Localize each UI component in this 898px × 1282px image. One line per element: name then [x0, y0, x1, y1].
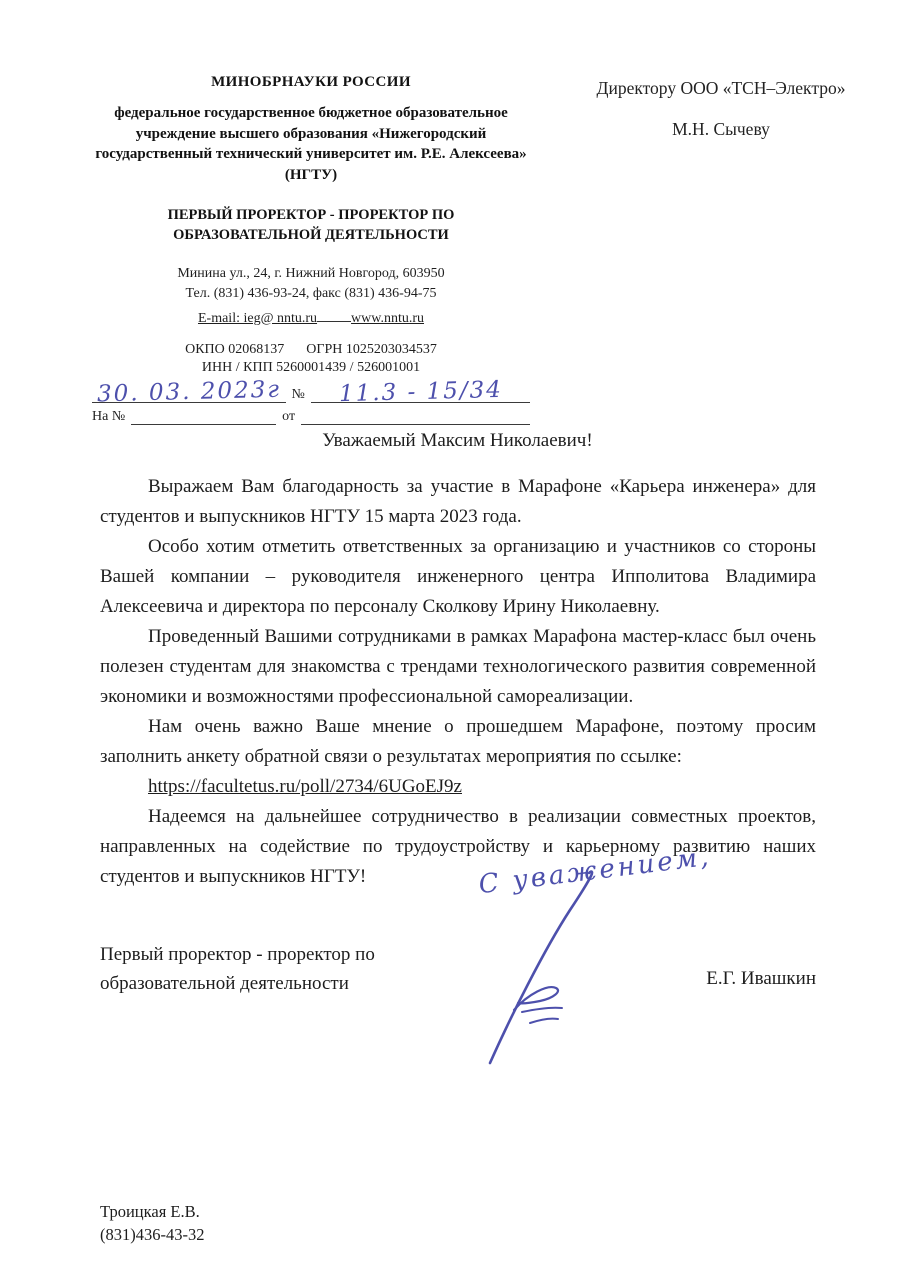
letterhead: МИНОБРНАУКИ РОССИИ федеральное государст…	[92, 74, 530, 425]
body-paragraph: Нам очень важно Ваше мнение о прошедшем …	[100, 712, 816, 772]
outgoing-number-row: 30. 03. 2023г № 11.3 - 15/34	[92, 376, 530, 403]
ref-from-label: от	[276, 409, 301, 425]
email-link[interactable]: E-mail: ieg@ nntu.ru	[198, 311, 317, 326]
letter-body: Выражаем Вам благодарность за участие в …	[100, 472, 816, 892]
department-name: ПЕРВЫЙ ПРОРЕКТОР - ПРОРЕКТОР ПО ОБРАЗОВА…	[92, 206, 530, 245]
org-abbr: (НГТУ)	[92, 167, 530, 184]
ref-number-label: На №	[92, 409, 131, 425]
recipient-name: М.Н. Сычеву	[556, 119, 886, 140]
ogrn-value: ОГРН 1025203034537	[306, 342, 437, 357]
inn-kpp-line: ИНН / КПП 5260001439 / 526001001	[92, 360, 530, 376]
org-name: федеральное государственное бюджетное об…	[92, 103, 530, 165]
ministry-name: МИНОБРНАУКИ РОССИИ	[92, 74, 530, 91]
executor-phone: (831)436-43-32	[100, 1223, 204, 1246]
signer-title-line2: образовательной деятельности	[100, 969, 440, 998]
ref-number-blank	[131, 424, 276, 425]
signer-title: Первый проректор - проректор по образова…	[100, 940, 440, 999]
body-paragraph: Выражаем Вам благодарность за участие в …	[100, 472, 816, 532]
reference-number-row: На № от	[92, 409, 530, 425]
outgoing-number-blank: 11.3 - 15/34	[311, 376, 530, 403]
recipient-block: Директору ООО «ТСН–Электро» М.Н. Сычеву	[556, 78, 886, 140]
outgoing-date-handwritten: 30. 03. 2023г	[96, 376, 281, 407]
body-paragraph: Особо хотим отметить ответственных за ор…	[100, 532, 816, 622]
outgoing-date-blank: 30. 03. 2023г	[92, 376, 286, 403]
signer-title-line1: Первый проректор - проректор по	[100, 940, 440, 969]
signature-ink-stroke	[452, 858, 652, 1068]
outgoing-number-handwritten: 11.3 - 15/34	[338, 376, 503, 406]
phone-line: Тел. (831) 436-93-24, факс (831) 436-94-…	[92, 285, 530, 303]
survey-link-line: https://facultetus.ru/poll/2734/6UGoEJ9z	[100, 772, 816, 802]
executor-block: Троицкая Е.В. (831)436-43-32	[100, 1200, 204, 1246]
website-link[interactable]: www.nntu.ru	[351, 311, 424, 326]
okpo-ogrn-line: ОКПО 02068137ОГРН 1025203034537	[92, 342, 530, 358]
okpo-value: ОКПО 02068137	[185, 342, 284, 357]
executor-name: Троицкая Е.В.	[100, 1200, 204, 1223]
recipient-title: Директору ООО «ТСН–Электро»	[556, 78, 886, 99]
survey-link[interactable]: https://facultetus.ru/poll/2734/6UGoEJ9z	[148, 776, 462, 797]
signer-name: Е.Г. Ивашкин	[640, 968, 816, 990]
address-line: Минина ул., 24, г. Нижний Новгород, 6039…	[92, 265, 530, 283]
number-label: №	[286, 387, 311, 403]
email-website-line: E-mail: ieg@ nntu.ruwww.nntu.ru	[92, 307, 530, 327]
email-website-gap	[317, 307, 351, 322]
scanned-letter-page: МИНОБРНАУКИ РОССИИ федеральное государст…	[0, 0, 898, 1282]
ref-from-blank	[301, 424, 530, 425]
salutation: Уважаемый Максим Николаевич!	[100, 430, 815, 452]
body-paragraph: Проведенный Вашими сотрудниками в рамках…	[100, 622, 816, 712]
